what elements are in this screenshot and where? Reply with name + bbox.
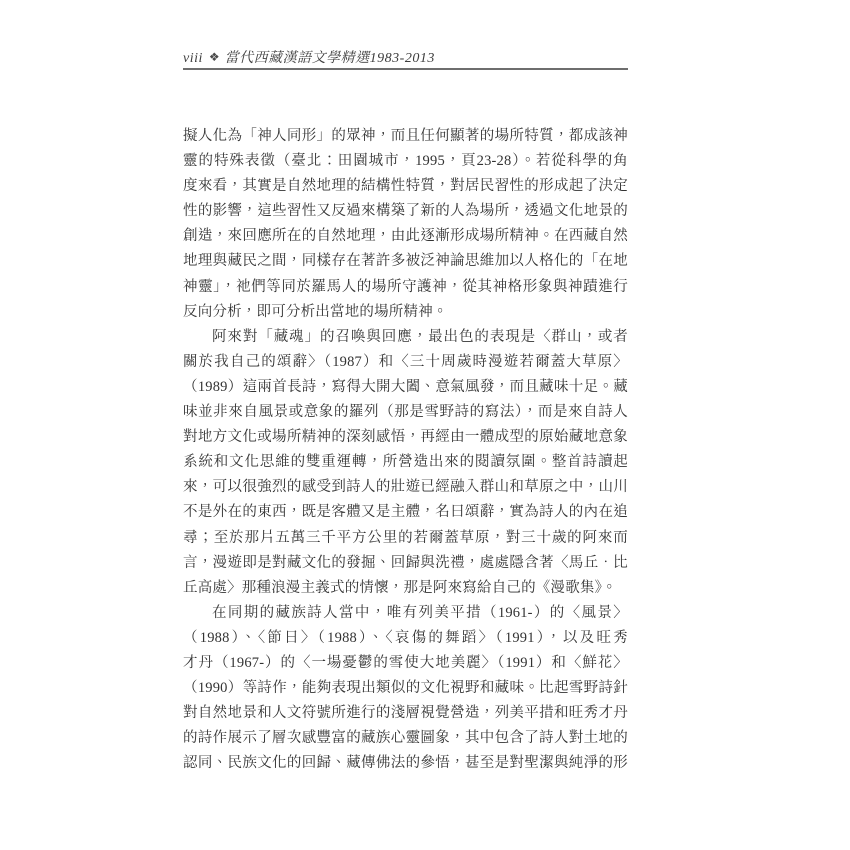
paragraph: 擬人化為「神人同形」的眾神，而且任何顯著的場所特質，都成該神靈的特殊表徵（臺北：…	[183, 124, 628, 325]
text-line: 創造，來回應所在的自然地理，由此逐漸形成場所精神。在西藏自然	[183, 224, 628, 249]
text-line: 才丹（1967-）的〈一場憂鬱的雪使大地美麗〉（1991）和〈鮮花〉	[183, 651, 628, 676]
text-line: 靈的特殊表徵（臺北：田園城市，1995，頁23-28）。若從科學的角	[183, 149, 628, 174]
text-line: 言，漫遊即是對藏文化的發掘、回歸與洗禮，處處隱含著〈馬丘．比	[183, 551, 628, 576]
text-line: 尋；至於那片五萬三千平方公里的若爾蓋草原，對三十歲的阿來而	[183, 526, 628, 551]
text-line: 度來看，其實是自然地理的結構性特質，對居民習性的形成起了決定	[183, 174, 628, 199]
text-line: 反向分析，即可分析出當地的場所精神。	[183, 300, 628, 325]
text-line: （1989）這兩首長詩，寫得大開大闔、意氣風發，而且藏味十足。藏	[183, 375, 628, 400]
text-line: 的詩作展示了層次感豐富的藏族心靈圖象，其中包含了詩人對土地的	[183, 726, 628, 751]
text-line: 認同、民族文化的回歸、藏傳佛法的參悟，甚至是對聖潔與純淨的形	[183, 751, 628, 776]
text-line: 丘高處〉那種浪漫主義式的情懷，那是阿來寫給自己的《漫歌集》。	[183, 576, 628, 601]
paragraph: 阿來對「藏魂」的召喚與回應，最出色的表現是〈群山，或者關於我自己的頌辭〉（198…	[183, 325, 628, 601]
text-line: 味並非來自風景或意象的羅列（那是雪野詩的寫法），而是來自詩人	[183, 400, 628, 425]
page-number: viii	[183, 51, 203, 66]
text-line: 地理與藏民之間，同樣存在著許多被泛神論思維加以人格化的「在地	[183, 249, 628, 274]
book-page: viii❖當代西藏漢語文學精選1983-2013 擬人化為「神人同形」的眾神，而…	[0, 0, 850, 850]
text-line: （1990）等詩作，能夠表現出類似的文化視野和藏味。比起雪野詩針	[183, 676, 628, 701]
text-line: 不是外在的東西，既是客體又是主體，名曰頌辭，實為詩人的內在追	[183, 500, 628, 525]
text-line: 系統和文化思維的雙重運轉，所營造出來的閱讀氛圍。整首詩讀起	[183, 450, 628, 475]
running-header: viii❖當代西藏漢語文學精選1983-2013	[183, 49, 628, 68]
text-line: （1988）、〈節日〉（1988）、〈哀傷的舞蹈〉（1991），以及旺秀	[183, 626, 628, 651]
text-line: 對自然地景和人文符號所進行的淺層視覺營造，列美平措和旺秀才丹	[183, 701, 628, 726]
text-line: 在同期的藏族詩人當中，唯有列美平措（1961-）的〈風景〉	[183, 601, 628, 626]
running-title: 當代西藏漢語文學精選1983-2013	[225, 51, 435, 66]
text-line: 來，可以很強烈的感受到詩人的壯遊已經融入群山和草原之中，山川	[183, 475, 628, 500]
header-rule	[183, 68, 628, 70]
text-line: 神靈」，祂們等同於羅馬人的場所守護神，從其神格形象與神蹟進行	[183, 275, 628, 300]
paragraph: 在同期的藏族詩人當中，唯有列美平措（1961-）的〈風景〉（1988）、〈節日〉…	[183, 601, 628, 777]
text-line: 擬人化為「神人同形」的眾神，而且任何顯著的場所特質，都成該神	[183, 124, 628, 149]
text-line: 阿來對「藏魂」的召喚與回應，最出色的表現是〈群山，或者	[183, 325, 628, 350]
page-body-text: 擬人化為「神人同形」的眾神，而且任何顯著的場所特質，都成該神靈的特殊表徵（臺北：…	[183, 124, 628, 776]
text-line: 性的影響，這些習性又反過來構築了新的人為場所，透過文化地景的	[183, 199, 628, 224]
diamond-ornament-icon: ❖	[209, 50, 220, 64]
text-line: 關於我自己的頌辭〉（1987）和〈三十周歲時漫遊若爾蓋大草原〉	[183, 350, 628, 375]
text-line: 對地方文化或場所精神的深刻感悟，再經由一體成型的原始藏地意象	[183, 425, 628, 450]
